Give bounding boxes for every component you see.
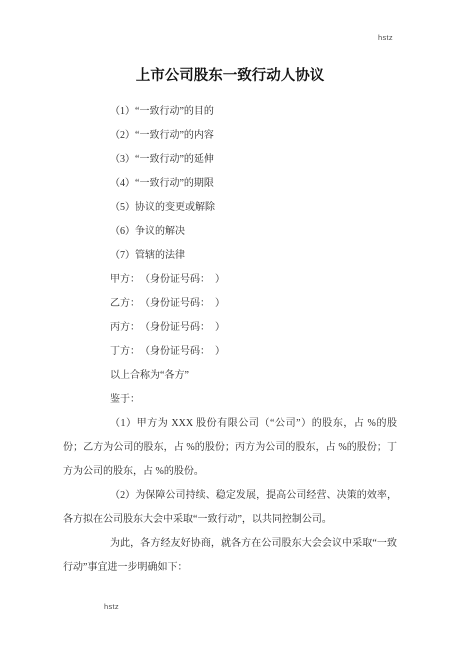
toc-item: （4）“一致行动”的期限 [63,172,397,196]
recital-paragraph: （2）为保障公司持续、稳定发展，提高公司经营、决策的效率，各方拟在公司股东大会中… [63,484,397,532]
recital-paragraph: 为此，各方经友好协商，就各方在公司股东大会会议中采取“一致行动”事宜进一步明确如… [63,532,397,580]
whereas-label: 鉴于： [63,388,397,412]
document-body: （1）“一致行动”的目的 （2）“一致行动”的内容 （3）“一致行动”的延伸 （… [63,100,397,580]
document-page: hstz 上市公司股东一致行动人协议 （1）“一致行动”的目的 （2）“一致行动… [0,0,461,653]
party-line: 甲方： （身份证号码： ） [63,268,397,292]
party-line: 丙方： （身份证号码： ） [63,316,397,340]
toc-item: （5）协议的变更或解除 [63,196,397,220]
recital-paragraph: （1）甲方为 XXX 股份有限公司（“公司”）的股东，占 %的股份；乙方为公司的… [63,412,397,484]
party-line: 乙方： （身份证号码： ） [63,292,397,316]
document-title: 上市公司股东一致行动人协议 [63,66,397,86]
toc-item: （3）“一致行动”的延伸 [63,148,397,172]
watermark-bottom: hstz [104,602,119,611]
party-line: 丁方： （身份证号码： ） [63,340,397,364]
collective-line: 以上合称为“各方” [63,364,397,388]
toc-item: （1）“一致行动”的目的 [63,100,397,124]
toc-item: （7）管辖的法律 [63,244,397,268]
toc-item: （2）“一致行动”的内容 [63,124,397,148]
toc-item: （6）争议的解决 [63,220,397,244]
watermark-top: hstz [378,33,393,42]
